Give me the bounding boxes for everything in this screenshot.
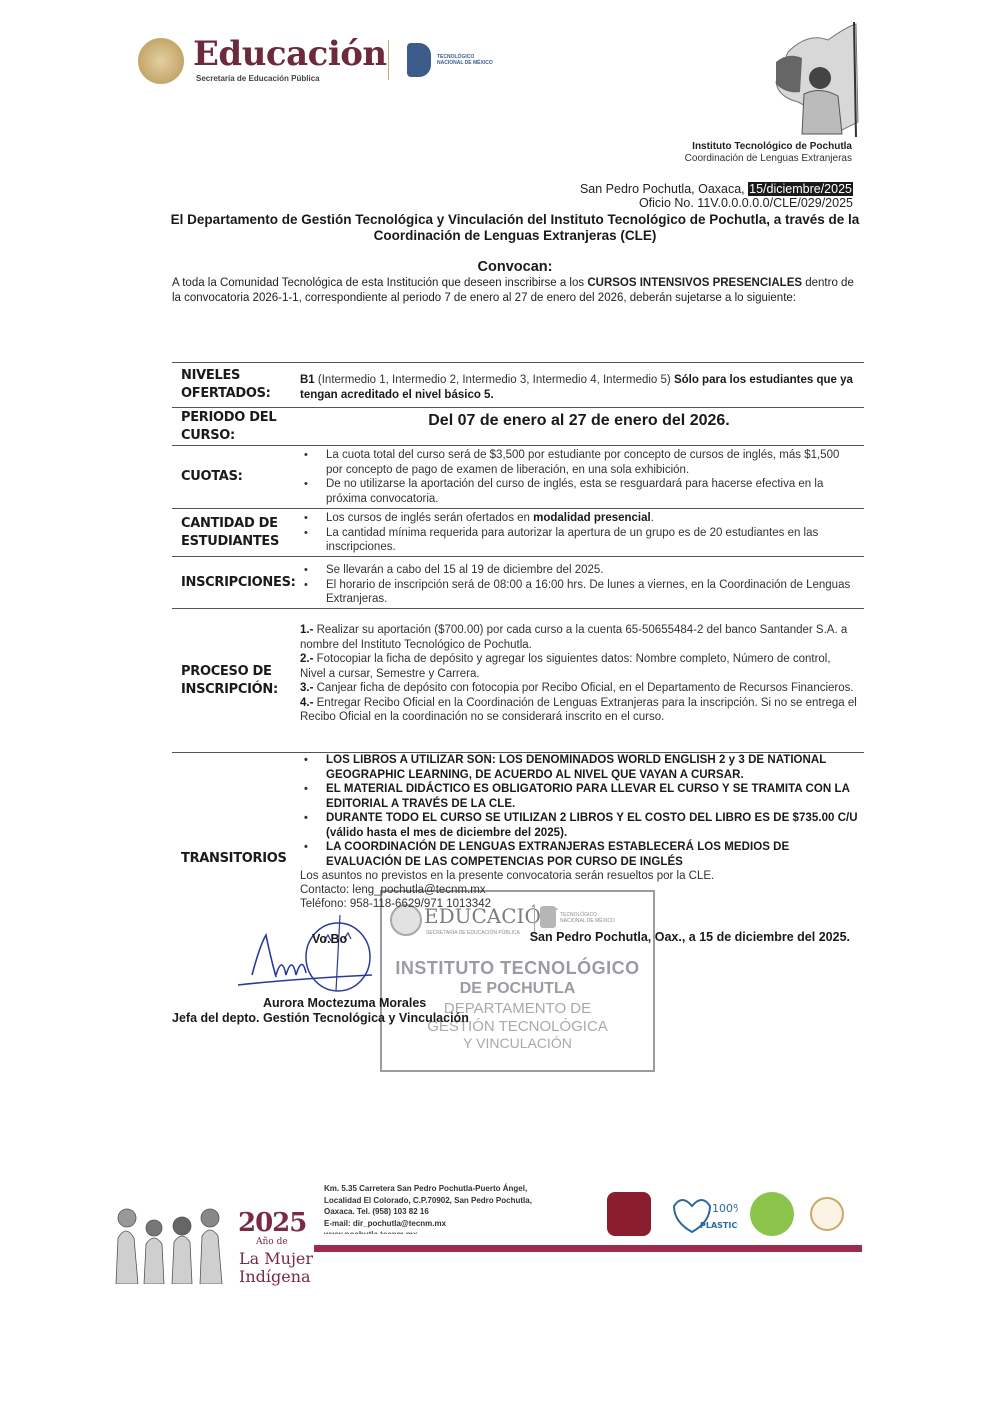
handwritten-signature-icon: [232, 915, 382, 995]
list-item: De no utilizarse la aportación del curso…: [300, 477, 858, 506]
intro-paragraph: A toda la Comunidad Tecnológica de esta …: [172, 276, 860, 305]
contact-block: Contacto: leng_pochutla@tecnm.mx Teléfon…: [300, 868, 491, 912]
brand-title: Educación: [193, 34, 387, 74]
contact-phone: Teléfono: 958-118-6629/971 1013342: [300, 897, 491, 912]
list-item: El horario de inscripción será de 08:00 …: [300, 578, 858, 607]
row-niveles: NIVELES OFERTADOS: B1 (Intermedio 1, Int…: [172, 362, 864, 407]
instituto-tecnologico-pochutla-logo-icon: [607, 1192, 651, 1236]
proceso-steps: 1.- Realizar su aportación ($700.00) por…: [300, 609, 864, 752]
vobo-label: Vo.Bo: [312, 932, 347, 946]
date-highlight: 15/diciembre/2025: [748, 182, 853, 196]
cantidad-list: Los cursos de inglés serán ofertados en …: [300, 511, 858, 555]
cuotas-value: La cuota total del curso será de $3,500 …: [300, 446, 864, 508]
step-number: 4.-: [300, 697, 313, 709]
stamp-tecnm: TECNOLÓGICO NACIONAL DE MÉXICO: [560, 912, 620, 924]
contact-email: Contacto: leng_pochutla@tecnm.mx: [300, 883, 491, 898]
row-inscripciones: INSCRIPCIONES: Se llevarán a cabo del 15…: [172, 556, 864, 608]
footer-bar: [314, 1245, 862, 1252]
step-text: Realizar su aportación ($700.00) por cad…: [300, 624, 847, 651]
list-item: DURANTE TODO EL CURSO SE UTILIZAN 2 LIBR…: [300, 811, 858, 840]
proceso-step: 3.- Canjear ficha de depósito con fotoco…: [300, 681, 858, 696]
stamp-brand-sub: SECRETARÍA DE EDUCACIÓN PÚBLICA: [426, 930, 520, 936]
header-divider: [388, 40, 389, 80]
step-number: 2.-: [300, 653, 313, 665]
row-periodo: PERIODO DEL CURSO: Del 07 de enero al 27…: [172, 407, 864, 445]
svg-text:100%: 100%: [712, 1202, 738, 1215]
row-cantidad: CANTIDAD DE ESTUDIANTES Los cursos de in…: [172, 508, 864, 556]
convocan-heading: Convocan:: [170, 259, 860, 275]
official-stamp: EDUCACIÓN SECRETARÍA DE EDUCACIÓN PÚBLIC…: [380, 890, 655, 1072]
stamp-tecnm-gear-icon: [540, 906, 556, 928]
inscripciones-list: Se llevarán a cabo del 15 al 19 de dicie…: [300, 563, 858, 607]
label-transitorios: TRANSITORIOS: [172, 753, 300, 902]
footer-year-sub2: La Mujer: [239, 1249, 313, 1268]
tecnm-label: TECNOLÓGICO NACIONAL DE MÉXICO: [437, 54, 499, 66]
place: San Pedro Pochutla, Oaxaca,: [580, 182, 748, 196]
label-inscripciones: INSCRIPCIONES:: [172, 557, 300, 608]
footer-year-sub1: Año de: [256, 1237, 288, 1247]
label-periodo: PERIODO DEL CURSO:: [172, 408, 300, 445]
footer-web: www.pochutla.tecnm.mx: [324, 1229, 534, 1234]
transitorios-list: LOS LIBROS A UTILIZAR SON: LOS DENOMINAD…: [300, 753, 858, 869]
oficio-number: Oficio No. 11V.0.0.0.0.0/CLE/029/2025: [639, 196, 853, 210]
row-proceso: PROCESO DE INSCRIPCIÓN: 1.- Realizar su …: [172, 608, 864, 752]
stamp-divider: [534, 906, 535, 932]
step-text: Fotocopiar la ficha de depósito y agrega…: [300, 653, 831, 680]
step-number: 3.-: [300, 682, 313, 694]
label-cantidad: CANTIDAD DE ESTUDIANTES: [172, 509, 300, 556]
list-item: LOS LIBROS A UTILIZAR SON: LOS DENOMINAD…: [300, 753, 858, 782]
certification-logo-icon: [810, 1197, 844, 1231]
signatory-name: Aurora Moctezuma Morales: [263, 996, 426, 1010]
place-and-date: San Pedro Pochutla, Oaxaca, 15/diciembre…: [580, 182, 853, 196]
iso-14001-logo-icon: [750, 1192, 794, 1236]
step-text: Entregar Recibo Oficial en la Coordinaci…: [300, 697, 857, 724]
department-title: El Departamento de Gestión Tecnológica y…: [170, 212, 860, 244]
step-number: 1.-: [300, 624, 313, 636]
modality-bold: modalidad presencial: [533, 512, 651, 524]
signatory-role: Jefa del depto. Gestión Tecnológica y Vi…: [172, 1011, 469, 1025]
adelita-flag-illustration-icon: [768, 22, 860, 137]
footer-address: Km. 5.35 Carretera San Pedro Pochutla-Pu…: [324, 1183, 534, 1218]
step-text: Canjear ficha de depósito con fotocopia …: [313, 682, 853, 694]
footer-email: E-mail: dir_pochutla@tecnm.mx: [324, 1218, 534, 1230]
brand-subtitle: Secretaría de Educación Pública: [196, 74, 320, 83]
coordination-name: Coordinación de Lenguas Extranjeras: [685, 153, 852, 164]
list-item: Los cursos de inglés serán ofertados en …: [300, 511, 858, 526]
label-proceso: PROCESO DE INSCRIPCIÓN:: [172, 609, 300, 752]
label-cuotas: CUOTAS:: [172, 446, 300, 508]
proceso-step: 4.- Entregar Recibo Oficial en la Coordi…: [300, 696, 858, 725]
footer-year-sub3: Indígena: [239, 1267, 311, 1286]
tecnm-gear-icon: [407, 43, 431, 77]
row-cuotas: CUOTAS: La cuota total del curso será de…: [172, 445, 864, 508]
libre-plastico-logo-icon: 100%PLASTICO: [668, 1192, 738, 1236]
proceso-step: 1.- Realizar su aportación ($700.00) por…: [300, 623, 858, 652]
text: Los cursos de inglés serán ofertados en: [326, 512, 533, 524]
cuotas-list: La cuota total del curso será de $3,500 …: [300, 448, 858, 506]
institute-name: Instituto Tecnológico de Pochutla: [692, 141, 852, 152]
stamp-line1: INSTITUTO TECNOLÓGICO: [382, 958, 653, 979]
list-item: La cantidad mínima requerida para autori…: [300, 526, 858, 555]
row-transitorios: TRANSITORIOS LOS LIBROS A UTILIZAR SON: …: [172, 752, 864, 902]
intro-text: A toda la Comunidad Tecnológica de esta …: [172, 277, 587, 289]
cantidad-value: Los cursos de inglés serán ofertados en …: [300, 509, 864, 556]
mexico-coat-of-arms-icon: [138, 38, 184, 84]
list-item: EL MATERIAL DIDÁCTICO ES OBLIGATORIO PAR…: [300, 782, 858, 811]
periodo-value: Del 07 de enero al 27 de enero del 2026.: [300, 408, 864, 445]
svg-text:PLASTICO: PLASTICO: [700, 1221, 738, 1230]
stamp-line5: Y VINCULACIÓN: [382, 1035, 653, 1051]
indigenous-women-illustration-icon: [112, 1188, 234, 1284]
inscripciones-value: Se llevarán a cabo del 15 al 19 de dicie…: [300, 557, 864, 608]
signature-place-date: San Pedro Pochutla, Oax., a 15 de diciem…: [530, 930, 850, 944]
list-item: La cuota total del curso será de $3,500 …: [300, 448, 858, 477]
label-niveles: NIVELES OFERTADOS:: [172, 363, 300, 407]
text: .: [651, 512, 654, 524]
niveles-value: B1 (Intermedio 1, Intermedio 2, Intermed…: [300, 363, 864, 407]
levels-text: (Intermedio 1, Intermedio 2, Intermedio …: [315, 374, 674, 386]
proceso-step: 2.- Fotocopiar la ficha de depósito y ag…: [300, 652, 858, 681]
footer-year: 2025: [238, 1208, 306, 1238]
intro-bold: CURSOS INTENSIVOS PRESENCIALES: [587, 277, 802, 289]
footer-address-block: Km. 5.35 Carretera San Pedro Pochutla-Pu…: [324, 1183, 534, 1234]
convocatoria-table: NIVELES OFERTADOS: B1 (Intermedio 1, Int…: [172, 362, 864, 902]
list-item: Se llevarán a cabo del 15 al 19 de dicie…: [300, 563, 858, 578]
list-item: LA COORDINACIÓN DE LENGUAS EXTRANJERAS E…: [300, 840, 858, 869]
level-code: B1: [300, 374, 315, 386]
